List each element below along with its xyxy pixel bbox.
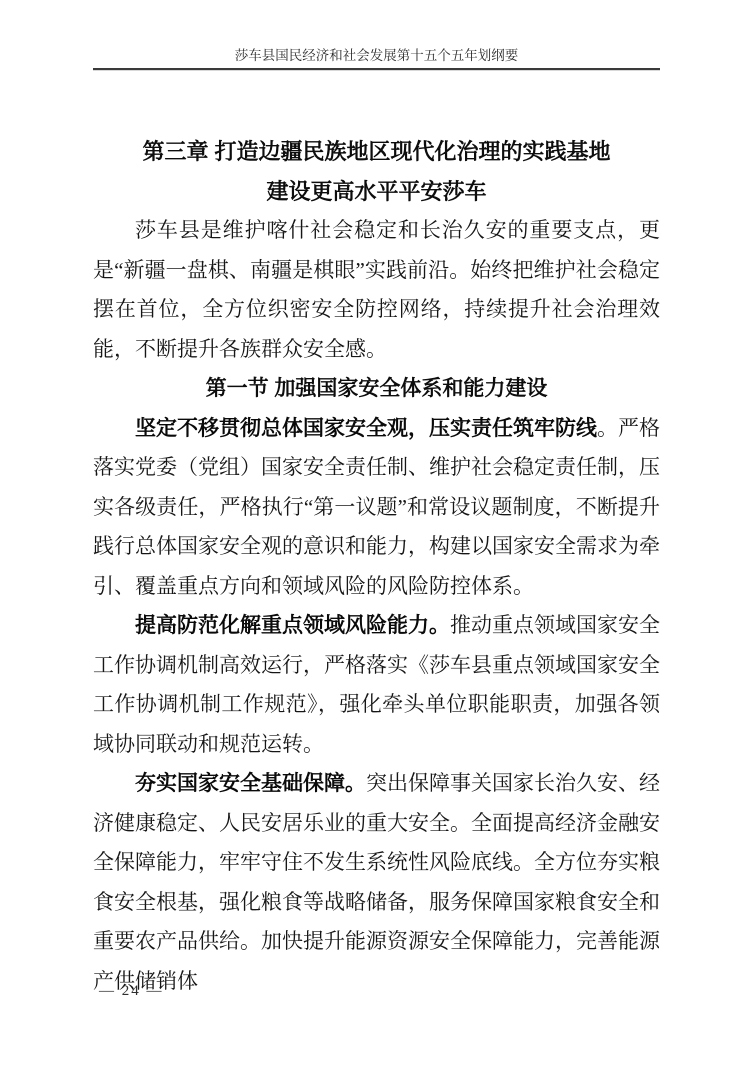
paragraph-3-body: 突出保障事关国家长治久安、经济健康稳定、人民安居乐业的重大安全。全面提高经济金融…	[93, 771, 660, 993]
document-page: 莎车县国民经济和社会发展第十五个五年划纲要 第三章 打造边疆民族地区现代化治理的…	[0, 0, 753, 1066]
paragraph-2-lead: 提高防范化解重点领域风险能力。	[135, 613, 450, 637]
chapter-intro-paragraph: 莎车县是维护喀什社会稳定和长治久安的重要支点，更是“新疆一盘棋、南疆是棋眼”实践…	[93, 211, 660, 369]
paragraph-3-lead: 夯实国家安全基础保障。	[135, 771, 366, 795]
section-title: 第一节 加强国家安全体系和能力建设	[93, 369, 660, 409]
section-paragraph-2: 提高防范化解重点领域风险能力。推动重点领域国家安全工作协调机制高效运行，严格落实…	[93, 606, 660, 764]
paragraph-1-lead: 坚定不移贯彻总体国家安全观，压实责任筑牢防线	[135, 416, 597, 440]
document-content: 第三章 打造边疆民族地区现代化治理的实践基地 建设更高水平平安莎车 莎车县是维护…	[93, 132, 660, 1001]
chapter-title-line-2: 建设更高水平平安莎车	[266, 179, 486, 204]
paragraph-1-body: 。严格落实党委（党组）国家安全责任制、维护社会稳定责任制，压实各级责任，严格执行…	[93, 416, 660, 598]
header-rule	[93, 68, 660, 71]
running-header-title: 莎车县国民经济和社会发展第十五个五年划纲要	[93, 0, 660, 65]
running-header: 莎车县国民经济和社会发展第十五个五年划纲要	[93, 0, 660, 71]
chapter-title: 第三章 打造边疆民族地区现代化治理的实践基地 建设更高水平平安莎车	[93, 132, 660, 211]
page-number: — 24 —	[99, 983, 164, 1000]
chapter-title-line-1: 第三章 打造边疆民族地区现代化治理的实践基地	[142, 139, 610, 164]
section-paragraph-3: 夯实国家安全基础保障。突出保障事关国家长治久安、经济健康稳定、人民安居乐业的重大…	[93, 764, 660, 1001]
section-paragraph-1: 坚定不移贯彻总体国家安全观，压实责任筑牢防线。严格落实党委（党组）国家安全责任制…	[93, 409, 660, 607]
